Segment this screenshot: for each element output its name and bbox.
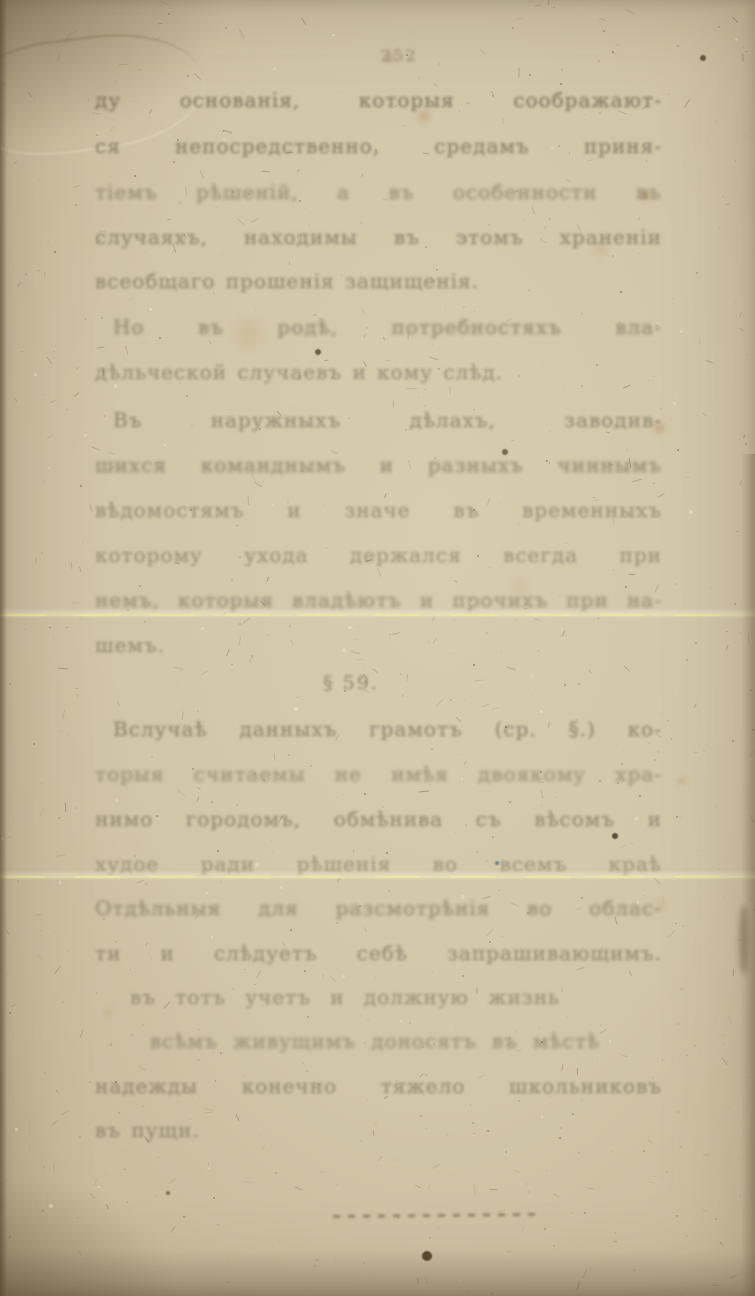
scanned-book-page: 252 дуоснованія,которыясоображают-сянепо… (0, 0, 755, 1296)
corner-shadow-top-left (0, 0, 230, 150)
scanner-light-band (0, 870, 755, 881)
scanner-light-band (0, 608, 755, 619)
scan-artifacts (0, 0, 755, 1296)
yellow-scan-line (0, 614, 755, 616)
page-edge-right (741, 454, 755, 1296)
corner-shadow-bottom-left (0, 1176, 180, 1296)
page-edge-left (0, 0, 7, 1296)
yellow-scan-line (0, 876, 755, 878)
